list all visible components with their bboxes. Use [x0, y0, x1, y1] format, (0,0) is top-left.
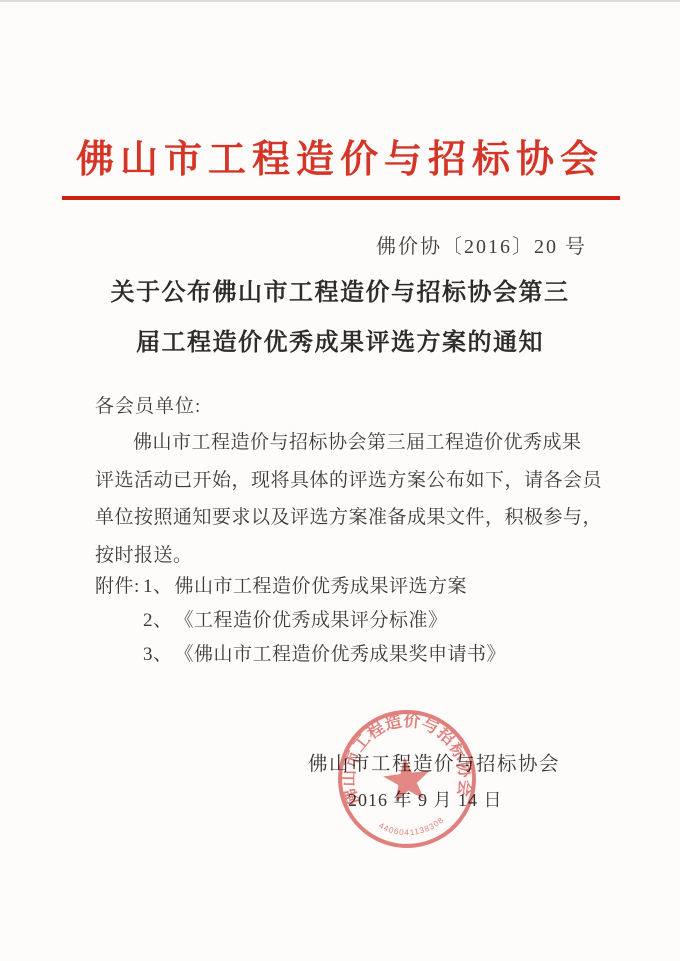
body-line: 按时报送。	[95, 537, 591, 575]
notice-title-line1: 关于公布佛山市工程造价与招标协会第三	[0, 268, 680, 318]
attachment-text: 佛山市工程造价优秀成果评选方案	[175, 570, 468, 604]
scanned-notice-page: 佛山市工程造价与招标协会 佛价协〔2016〕20 号 关于公布佛山市工程造价与招…	[0, 0, 680, 961]
signature-org-name: 佛山市工程造价与招标协会	[308, 748, 560, 776]
attachment-item: 附件: 1、 佛山市工程造价优秀成果评选方案	[95, 570, 595, 604]
attachment-number: 2、	[143, 604, 173, 638]
scan-edge-artifact	[0, 0, 680, 2]
attachment-number: 1、	[143, 570, 173, 604]
letterhead-org-title: 佛山市工程造价与招标协会	[0, 128, 680, 183]
salutation: 各会员单位:	[95, 391, 201, 418]
attachment-number: 3、	[143, 638, 173, 672]
attachments-list: 附件: 1、 佛山市工程造价优秀成果评选方案 附件: 2、 《工程造价优秀成果评…	[95, 570, 595, 671]
notice-title-line2: 届工程造价优秀成果评选方案的通知	[0, 318, 680, 368]
notice-title: 关于公布佛山市工程造价与招标协会第三 届工程造价优秀成果评选方案的通知	[0, 268, 680, 368]
letterhead-divider	[62, 196, 620, 200]
attachment-text: 《佛山市工程造价优秀成果奖申请书》	[175, 638, 507, 672]
attachment-text: 《工程造价优秀成果评分标准》	[175, 604, 448, 638]
attachment-item: 附件: 2、 《工程造价优秀成果评分标准》	[95, 604, 595, 638]
seal-serial-number: 4406041138308	[376, 813, 447, 841]
signature-date: 2016 年 9 月 14 日	[348, 786, 503, 812]
body-paragraph: 佛山市工程造价与招标协会第三届工程造价优秀成果 评选活动已开始，现将具体的评选方…	[95, 424, 591, 574]
body-line: 佛山市工程造价与招标协会第三届工程造价优秀成果	[95, 424, 591, 462]
body-line: 评选活动已开始，现将具体的评选方案公布如下，请各会员	[95, 462, 591, 500]
attachments-label: 附件:	[95, 570, 143, 604]
attachment-item: 附件: 3、 《佛山市工程造价优秀成果奖申请书》	[95, 638, 595, 672]
document-number: 佛价协〔2016〕20 号	[376, 230, 587, 259]
body-line: 单位按照通知要求以及评选方案准备成果文件，积极参与，	[95, 499, 591, 537]
official-seal-graphic: 佛山市工程造价与招标协会 4406041138308	[328, 700, 486, 858]
seal-ring	[332, 704, 481, 853]
official-seal: 佛山市工程造价与招标协会 4406041138308	[328, 700, 486, 858]
